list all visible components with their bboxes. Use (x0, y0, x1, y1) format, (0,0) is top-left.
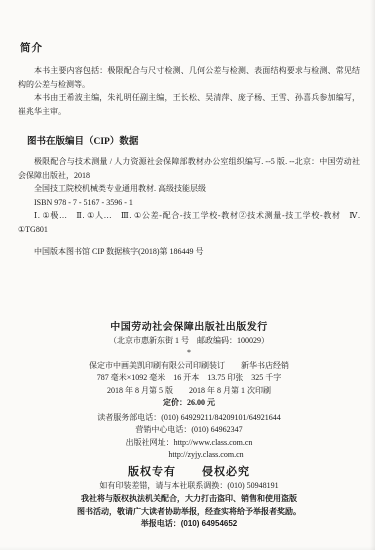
anti-piracy-warning: 我社将与版权执法机关配合，大力打击盗印、销售和使用盗版 图书活动，敬请广大读者协… (18, 493, 360, 531)
warning-line-2: 图书活动，敬请广大读者协助举报，经查实将给予举报者奖励。 (18, 506, 360, 519)
intro-paragraph-editors: 本书由王希波主编，朱礼明任副主编，王长松、吴清萍、庞子杨、王雪、孙喜兵参加编写，… (18, 91, 360, 118)
page-content: 简介 本书主要内容包括：极限配合与尺寸检测、几何公差与检测、表面结构要求与检测、… (0, 0, 375, 531)
copyright-notice-left: 版权专有 (128, 466, 176, 478)
cip-section: 图书在版编目（CIP）数据 极限配合与技术测量 / 人力资源社会保障部教材办公室… (18, 133, 360, 259)
cip-record-number: 中国版本图书馆 CIP 数据核字(2018)第 186449 号 (18, 245, 360, 259)
publisher-address: （北京市惠新东街 1 号 邮政编码：100029） (18, 335, 360, 348)
book-format: 787 毫米×1092 毫米 16 开本 13.75 印张 325 千字 (18, 372, 360, 385)
edition-printing: 2018 年 8 月第 5 版 2018 年 8 月第 1 次印刷 (18, 385, 360, 398)
cip-series: 全国技工院校机械类专业通用教材. 高级技能层级 (18, 182, 360, 196)
exchange-info: 如有印装差错，请与本社联系调换：(010) 50948191 (18, 480, 360, 493)
publisher-name: 中国劳动社会保障出版社出版发行 (18, 321, 360, 335)
report-phone: 举报电话：(010) 64954652 (18, 518, 360, 531)
vocational-education-website: http://zyjy.class.com.cn (18, 449, 360, 462)
copyright-notice-right: 侵权必究 (202, 466, 250, 478)
price: 定价：26.00 元 (18, 397, 360, 410)
cip-isbn: ISBN 978 - 7 - 5167 - 3596 - 1 (18, 196, 360, 210)
intro-section: 简介 本书主要内容包括：极限配合与尺寸检测、几何公差与检测、表面结构要求与检测、… (18, 40, 360, 118)
book-copyright-page: 简介 本书主要内容包括：极限配合与尺寸检测、几何公差与检测、表面结构要求与检测、… (0, 0, 375, 550)
printer-distributor: 保定市中画美凯印刷有限公司印刷装订 新华书店经销 (18, 360, 360, 373)
divider-asterisk: * (18, 347, 360, 360)
cip-heading: 图书在版编目（CIP）数据 (27, 133, 360, 147)
cip-classification: Ⅰ. ①极… Ⅱ. ①人… Ⅲ. ①公差-配合-技工学校-教材②技术测量-技工学… (18, 209, 360, 236)
contact-group: 读者服务部电话：(010) 64929211/84209101/64921644… (18, 412, 360, 462)
intro-paragraph-contents: 本书主要内容包括：极限配合与尺寸检测、几何公差与检测、表面结构要求与检测、常见结… (18, 64, 360, 91)
cip-description: 极限配合与技术测量 / 人力资源社会保障部教材办公室组织编写. --5 版. -… (18, 155, 360, 182)
reader-service-phone: 读者服务部电话：(010) 64929211/84209101/64921644 (18, 412, 360, 425)
warning-line-1: 我社将与版权执法机关配合，大力打击盗印、销售和使用盗版 (18, 493, 360, 506)
marketing-phone: 营销中心电话：(010) 64962347 (18, 424, 360, 437)
intro-heading: 简介 (20, 40, 360, 55)
copyright-notice: 版权专有侵权必究 (18, 465, 360, 480)
publisher-website: 出版社网址：http://www.class.com.cn (18, 437, 360, 450)
colophon-section: 中国劳动社会保障出版社出版发行 （北京市惠新东街 1 号 邮政编码：100029… (18, 321, 360, 531)
